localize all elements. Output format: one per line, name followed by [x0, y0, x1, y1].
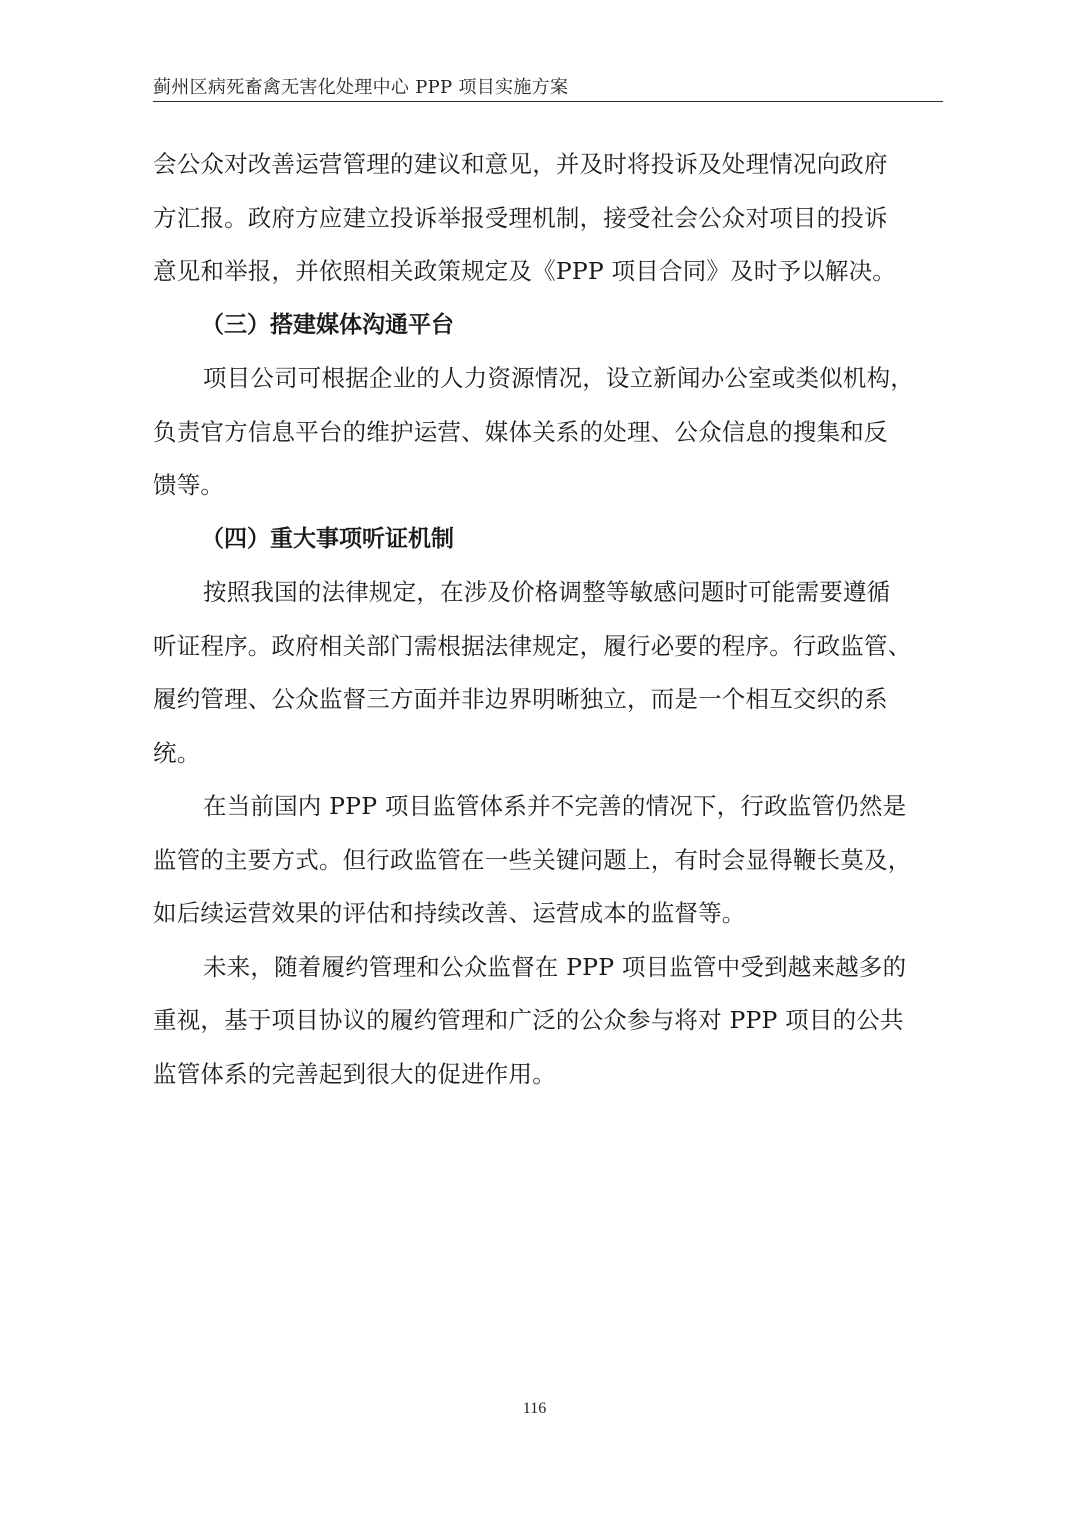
page-number: 116	[0, 1400, 1069, 1418]
text-line: 会公众对改善运营管理的建议和意见，并及时将投诉及处理情况向政府	[153, 138, 943, 192]
paragraph-future-outlook: 未来，随着履约管理和公众监督在 PPP 项目监管中受到越来越多的 重视，基于项目…	[153, 941, 943, 1102]
text-line: 监管的主要方式。但行政监管在一些关键问题上，有时会显得鞭长莫及，	[153, 834, 943, 888]
section-heading-media-platform: （三）搭建媒体沟通平台	[153, 299, 943, 353]
text-line: 听证程序。政府相关部门需根据法律规定，履行必要的程序。行政监管、	[153, 620, 943, 674]
text-line: 在当前国内 PPP 项目监管体系并不完善的情况下，行政监管仍然是	[153, 780, 943, 834]
text-line: 项目公司可根据企业的人力资源情况，设立新闻办公室或类似机构，	[153, 352, 943, 406]
paragraph-supervision-status: 在当前国内 PPP 项目监管体系并不完善的情况下，行政监管仍然是 监管的主要方式…	[153, 780, 943, 941]
text-line: 重视，基于项目协议的履约管理和广泛的公众参与将对 PPP 项目的公共	[153, 994, 943, 1048]
text-line: 监管体系的完善起到很大的促进作用。	[153, 1048, 943, 1102]
text-line: 履约管理、公众监督三方面并非边界明晰独立，而是一个相互交织的系	[153, 673, 943, 727]
document-body: 会公众对改善运营管理的建议和意见，并及时将投诉及处理情况向政府 方汇报。政府方应…	[153, 138, 943, 1101]
header-divider	[153, 101, 943, 102]
paragraph-hearing: 按照我国的法律规定，在涉及价格调整等敏感问题时可能需要遵循 听证程序。政府相关部…	[153, 566, 943, 780]
paragraph-media-platform: 项目公司可根据企业的人力资源情况，设立新闻办公室或类似机构， 负责官方信息平台的…	[153, 352, 943, 513]
text-line: 按照我国的法律规定，在涉及价格调整等敏感问题时可能需要遵循	[153, 566, 943, 620]
text-line: 如后续运营效果的评估和持续改善、运营成本的监督等。	[153, 887, 943, 941]
text-line: 统。	[153, 727, 943, 781]
section-heading-hearing-mechanism: （四）重大事项听证机制	[153, 513, 943, 567]
text-line: 方汇报。政府方应建立投诉举报受理机制，接受社会公众对项目的投诉	[153, 192, 943, 246]
text-line: 馈等。	[153, 459, 943, 513]
paragraph-public-feedback: 会公众对改善运营管理的建议和意见，并及时将投诉及处理情况向政府 方汇报。政府方应…	[153, 138, 943, 299]
text-line: 意见和举报，并依照相关政策规定及《PPP 项目合同》及时予以解决。	[153, 245, 943, 299]
text-line: 负责官方信息平台的维护运营、媒体关系的处理、公众信息的搜集和反	[153, 406, 943, 460]
running-header: 蓟州区病死畜禽无害化处理中心 PPP 项目实施方案	[153, 76, 943, 100]
text-line: 未来，随着履约管理和公众监督在 PPP 项目监管中受到越来越多的	[153, 941, 943, 995]
